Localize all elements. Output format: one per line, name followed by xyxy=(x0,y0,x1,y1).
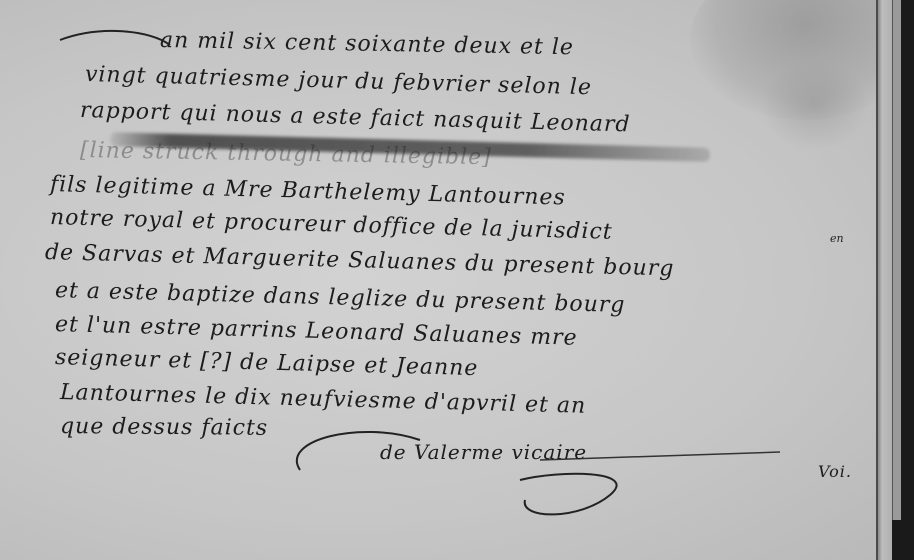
page-edge-back xyxy=(892,0,901,520)
signature-flourish xyxy=(0,0,876,560)
signature-suffix: Voi. xyxy=(818,462,852,481)
signature-text: de Valerme vicaire xyxy=(380,440,587,464)
document-page: an mil six cent soixante deux et le ving… xyxy=(0,0,876,560)
page-edge xyxy=(876,0,892,560)
